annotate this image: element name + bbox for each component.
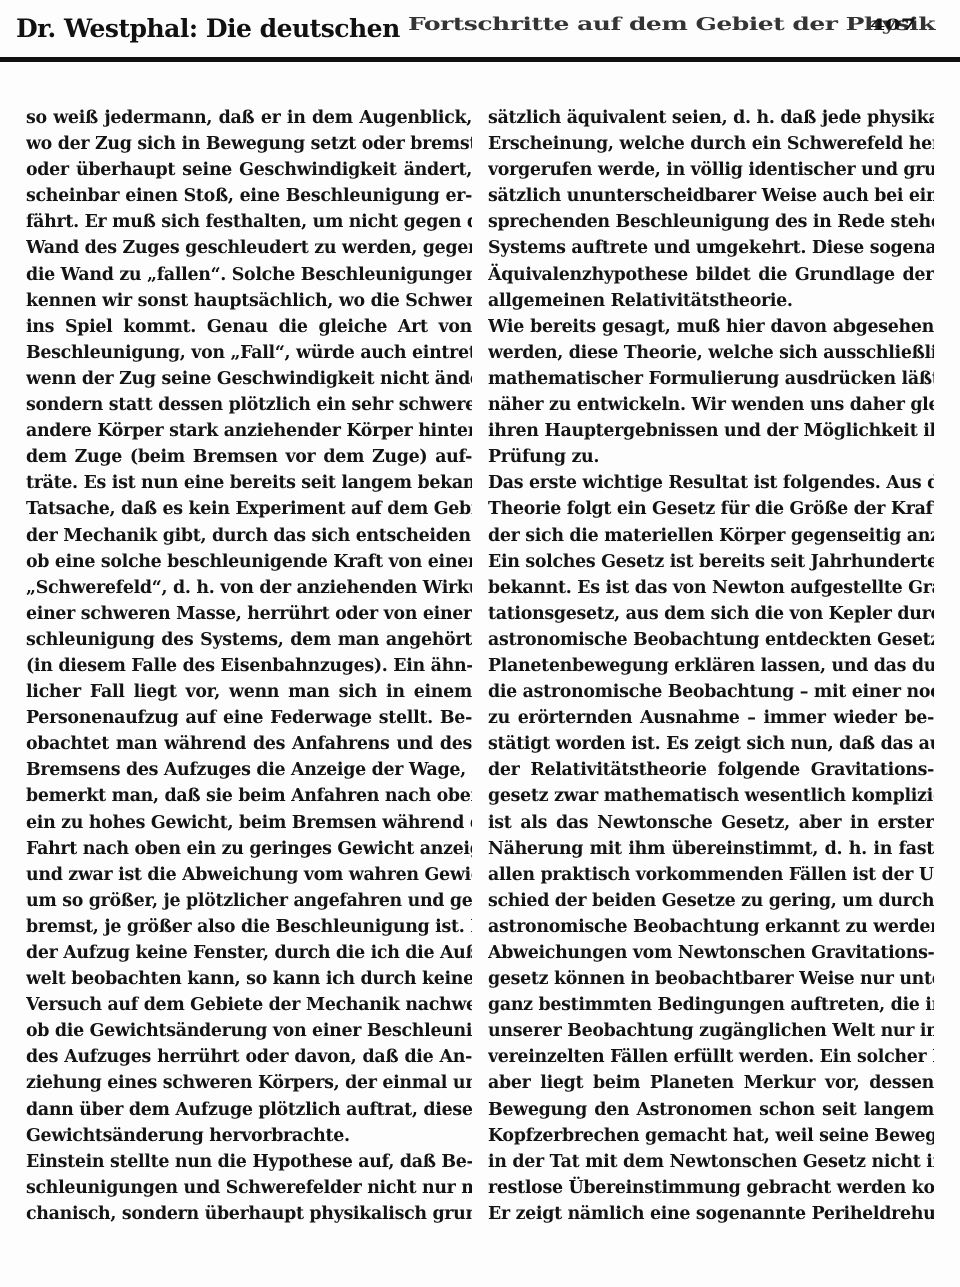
- text-line: in der Tat mit dem Newtonschen Gesetz ni…: [488, 1149, 934, 1175]
- text-line: bekannt. Es ist das von Newton aufgestel…: [488, 575, 934, 601]
- text-line: oder überhaupt seine Geschwindigkeit änd…: [26, 157, 472, 183]
- text-line: wenn der Zug seine Geschwindigkeit nicht…: [26, 366, 472, 392]
- text-line: und zwar ist die Abweichung vom wahren G…: [26, 862, 472, 888]
- text-line: chanisch, sondern überhaupt physikalisch…: [26, 1201, 472, 1227]
- text-line: scheinbar einen Stoß, eine Beschleunigun…: [26, 183, 472, 209]
- text-line: wo der Zug sich in Bewegung setzt oder b…: [26, 131, 472, 157]
- text-line: Wie bereits gesagt, muß hier davon abges…: [488, 314, 934, 340]
- text-line: Kopfzerbrechen gemacht hat, weil seine B…: [488, 1123, 934, 1149]
- text-line: Das erste wichtige Resultat ist folgende…: [488, 470, 934, 496]
- text-line: Äquivalenzhypothese bildet die Grundlage…: [488, 262, 934, 288]
- text-line: der sich die materiellen Körper gegensei…: [488, 523, 934, 549]
- text-line: der Relativitätstheorie folgende Gravita…: [488, 757, 934, 783]
- text-line: Tatsache, daß es kein Experiment auf dem…: [26, 496, 472, 522]
- text-line: des Aufzuges herrührt oder davon, daß di…: [26, 1044, 472, 1070]
- text-line: Fahrt nach oben ein zu geringes Gewicht …: [26, 836, 472, 862]
- text-line: Bremsens des Aufzuges die Anzeige der Wa…: [26, 757, 472, 783]
- text-line: Wand des Zuges geschleudert zu werden, g…: [26, 235, 472, 261]
- text-line: Systems auftrete und umgekehrt. Diese so…: [488, 235, 934, 261]
- text-line: ganz bestimmten Bedingungen auftreten, d…: [488, 992, 934, 1018]
- text-line: der Mechanik gibt, durch das sich entsch…: [26, 523, 472, 549]
- page-number: 407: [870, 16, 916, 34]
- text-line: schied der beiden Gesetze zu gering, um …: [488, 888, 934, 914]
- text-line: welt beobachten kann, so kann ich durch …: [26, 966, 472, 992]
- text-line: Ein solches Gesetz ist bereits seit Jahr…: [488, 549, 934, 575]
- text-line: andere Körper stark anziehender Körper h…: [26, 418, 472, 444]
- text-line: ziehung eines schweren Körpers, der einm…: [26, 1070, 472, 1096]
- text-line: vereinzelten Fällen erfüllt werden. Ein …: [488, 1044, 934, 1070]
- running-title-cut: Fortschritte auf dem Gebiet der Physik: [408, 14, 935, 34]
- text-line: träte. Es ist nun eine bereits seit lang…: [26, 470, 472, 496]
- text-line: ins Spiel kommt. Genau die gleiche Art v…: [26, 314, 472, 340]
- text-line: restlose Übereinstimmung gebracht werden…: [488, 1175, 934, 1201]
- text-line: sprechenden Beschleunigung des in Rede s…: [488, 209, 934, 235]
- text-line: allen praktisch vorkommenden Fällen ist …: [488, 862, 934, 888]
- text-line: Erscheinung, welche durch ein Schwerefel…: [488, 131, 934, 157]
- text-line: ist als das Newtonsche Gesetz, aber in e…: [488, 810, 934, 836]
- text-line: astronomische Beobachtung erkannt zu wer…: [488, 914, 934, 940]
- text-line: werden, diese Theorie, welche sich aussc…: [488, 340, 934, 366]
- text-line: obachtet man während des Anfahrens und d…: [26, 731, 472, 757]
- text-column-right: sätzlich äquivalent seien, d. h. daß jed…: [488, 105, 934, 1227]
- text-column-left: so weiß jedermann, daß er in dem Augenbl…: [26, 105, 472, 1227]
- text-line: Näherung mit ihm übereinstimmt, d. h. in…: [488, 836, 934, 862]
- text-line: Er zeigt nämlich eine sogenannte Perihel…: [488, 1201, 934, 1227]
- text-line: vorgerufen werde, in völlig identischer …: [488, 157, 934, 183]
- text-line: dem Zuge (beim Bremsen vor dem Zuge) auf…: [26, 444, 472, 470]
- text-line: tationsgesetz, aus dem sich die von Kepl…: [488, 601, 934, 627]
- text-line: Abweichungen vom Newtonschen Gravitation…: [488, 940, 934, 966]
- text-line: mathematischer Formulierung ausdrücken l…: [488, 366, 934, 392]
- text-line: um so größer, je plötzlicher angefahren …: [26, 888, 472, 914]
- text-line: einer schweren Masse, herrührt oder von …: [26, 601, 472, 627]
- text-line: so weiß jedermann, daß er in dem Augenbl…: [26, 105, 472, 131]
- text-line: dann über dem Aufzuge plötzlich auftrat,…: [26, 1097, 472, 1123]
- text-line: der Aufzug keine Fenster, durch die ich …: [26, 940, 472, 966]
- text-line: gesetz können in beobachtbarer Weise nur…: [488, 966, 934, 992]
- text-line: allgemeinen Relativitätstheorie.: [488, 288, 934, 314]
- text-line: Prüfung zu.: [488, 444, 934, 470]
- running-title: Dr. Westphal: Die deutschen Fortschritte…: [16, 14, 935, 43]
- text-line: sondern statt dessen plötzlich ein sehr …: [26, 392, 472, 418]
- text-line: bremst, je größer also die Beschleunigun…: [26, 914, 472, 940]
- text-line: sätzlich ununterscheidbarer Weise auch b…: [488, 183, 934, 209]
- text-line: stätigt worden ist. Es zeigt sich nun, d…: [488, 731, 934, 757]
- text-line: zu erörternden Ausnahme – immer wieder b…: [488, 705, 934, 731]
- text-line: licher Fall liegt vor, wenn man sich in …: [26, 679, 472, 705]
- text-line: ob die Gewichtsänderung von einer Beschl…: [26, 1018, 472, 1044]
- text-line: ein zu hohes Gewicht, beim Bremsen währe…: [26, 810, 472, 836]
- text-line: schleunigung des Systems, dem man angehö…: [26, 627, 472, 653]
- text-line: näher zu entwickeln. Wir wenden uns dahe…: [488, 392, 934, 418]
- text-line: kennen wir sonst hauptsächlich, wo die S…: [26, 288, 472, 314]
- text-line: Versuch auf dem Gebiete der Mechanik nac…: [26, 992, 472, 1018]
- text-line: Gewichtsänderung hervorbrachte.: [26, 1123, 472, 1149]
- text-line: (in diesem Falle des Eisenbahnzuges). Ei…: [26, 653, 472, 679]
- text-line: Beschleunigung, von „Fall“, würde auch e…: [26, 340, 472, 366]
- text-line: Planetenbewegung erklären lassen, und da…: [488, 653, 934, 679]
- text-line: „Schwerefeld“, d. h. von der anziehenden…: [26, 575, 472, 601]
- text-line: die astronomische Beobachtung – mit eine…: [488, 679, 934, 705]
- running-title-visible: Dr. Westphal: Die deutschen: [16, 14, 400, 43]
- text-line: Bewegung den Astronomen schon seit lange…: [488, 1097, 934, 1123]
- text-line: Theorie folgt ein Gesetz für die Größe d…: [488, 496, 934, 522]
- text-line: aber liegt beim Planeten Merkur vor, des…: [488, 1070, 934, 1096]
- text-line: Personenaufzug auf eine Federwage stellt…: [26, 705, 472, 731]
- text-line: unserer Beobachtung zugänglichen Welt nu…: [488, 1018, 934, 1044]
- text-line: die Wand zu „fallen“. Solche Beschleunig…: [26, 262, 472, 288]
- text-line: schleunigungen und Schwerefelder nicht n…: [26, 1175, 472, 1201]
- text-line: ob eine solche beschleunigende Kraft von…: [26, 549, 472, 575]
- page-header: Dr. Westphal: Die deutschen Fortschritte…: [0, 0, 960, 62]
- text-line: gesetz zwar mathematisch wesentlich komp…: [488, 783, 934, 809]
- text-line: fährt. Er muß sich festhalten, um nicht …: [26, 209, 472, 235]
- text-line: ihren Hauptergebnissen und der Möglichke…: [488, 418, 934, 444]
- text-line: astronomische Beobachtung entdeckten Ges…: [488, 627, 934, 653]
- text-line: bemerkt man, daß sie beim Anfahren nach …: [26, 783, 472, 809]
- text-line: Einstein stellte nun die Hypothese auf, …: [26, 1149, 472, 1175]
- header-rule: [0, 57, 960, 62]
- text-line: sätzlich äquivalent seien, d. h. daß jed…: [488, 105, 934, 131]
